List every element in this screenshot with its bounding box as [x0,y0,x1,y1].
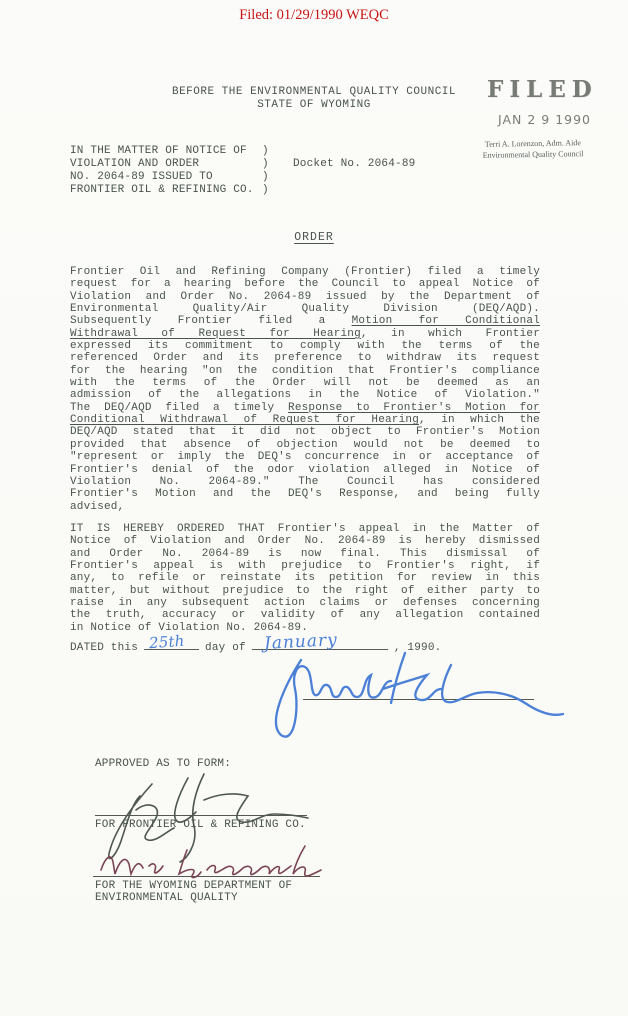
order-line: referenced Order and its preference to w… [70,352,540,364]
order-paragraph-2: IT IS HEREBY ORDERED THAT Frontier's app… [70,523,540,634]
caption-line: IN THE MATTER OF NOTICE OF [70,145,254,158]
clerk-office: Environmental Quality Council [466,148,600,161]
order-line: Notice of Violation and Order No. 2064-8… [70,535,540,547]
dated-prefix: DATED this [70,642,138,654]
order-line: provided that absence of objection would… [70,439,540,451]
order-line: admission of the allegations in the Noti… [70,389,540,401]
order-line: Subsequently Frontier filed a Motion for… [70,315,540,327]
order-line: Violation No. 2064-89." The Council has … [70,476,540,488]
order-line: Conditional Withdrawal of Request for He… [70,414,540,426]
order-line: for the hearing "on the condition that F… [70,365,540,377]
filed-stamp: FILED [487,76,598,103]
for-deq-label-1: FOR THE WYOMING DEPARTMENT OF [95,880,292,892]
order-line: IT IS HEREBY ORDERED THAT Frontier's app… [70,523,540,535]
handwritten-day: 25th [148,632,185,652]
order-line: raise in any subsequent action claims or… [70,597,540,609]
order-line: request for a hearing before the Council… [70,278,540,290]
order-line: Frontier's Motion and the DEQ's Response… [70,488,540,500]
order-heading: ORDER [0,231,628,244]
dated-middle: day of [205,642,246,654]
order-line: Frontier's appeal is with prejudice to F… [70,560,540,572]
for-frontier-label: FOR FRONTIER OIL & REFINING CO. [95,819,306,831]
docket-number: Docket No. 2064-89 [293,158,415,170]
order-line: DEQ/AQD stated that it did not object to… [70,426,540,438]
order-line: expressed its commitment to comply with … [70,340,540,352]
order-line: matter, but without prejudice to the rig… [70,585,540,597]
council-signature-ink [255,645,567,745]
order-line: Frontier's denial of the odor violation … [70,464,540,476]
order-line: Frontier Oil and Refining Company (Front… [70,266,540,278]
scanned-order-document: Filed: 01/29/1990 WEQC BEFORE THE ENVIRO… [0,0,628,1016]
filed-stamp-clerk: Terri A. Lorenzon, Adm. Aide Environment… [466,138,600,161]
order-line: and Order No. 2064-89 is now final. This… [70,548,540,560]
day-blank-line: 25th [144,649,199,650]
order-paragraph-1: Frontier Oil and Refining Company (Front… [70,266,540,513]
filed-stamp-date: JAN 2 9 1990 [498,112,591,127]
caption-line: FRONTIER OIL & REFINING CO. [70,184,254,197]
order-line: Violation and Order No. 2064-89 issued b… [70,291,540,303]
caption-line: VIOLATION AND ORDER [70,158,254,171]
order-line: advised, [70,501,540,513]
for-deq-label-2: ENVIRONMENTAL QUALITY [95,892,238,904]
order-line: with the terms of the Order will not be … [70,377,540,389]
caption-line: NO. 2064-89 ISSUED TO [70,171,254,184]
efiling-header: Filed: 01/29/1990 WEQC [0,7,628,24]
approved-heading: APPROVED AS TO FORM: [95,758,231,770]
order-line: the truth, accuracy or validity of any a… [70,609,540,621]
caption-paren-column: ) ) ) ) [262,145,269,197]
order-line: Withdrawal of Request for Hearing, in wh… [70,328,540,340]
order-line: Environmental Quality/Air Quality Divisi… [70,303,540,315]
order-line: The DEQ/AQD filed a timely Response to F… [70,402,540,414]
order-line: any, to refile or reinstate its petition… [70,572,540,584]
case-caption: IN THE MATTER OF NOTICE OF VIOLATION AND… [70,145,254,197]
order-line: "represent or imply the DEQ's concurrenc… [70,451,540,463]
deq-counsel-signature-ink [95,840,330,882]
